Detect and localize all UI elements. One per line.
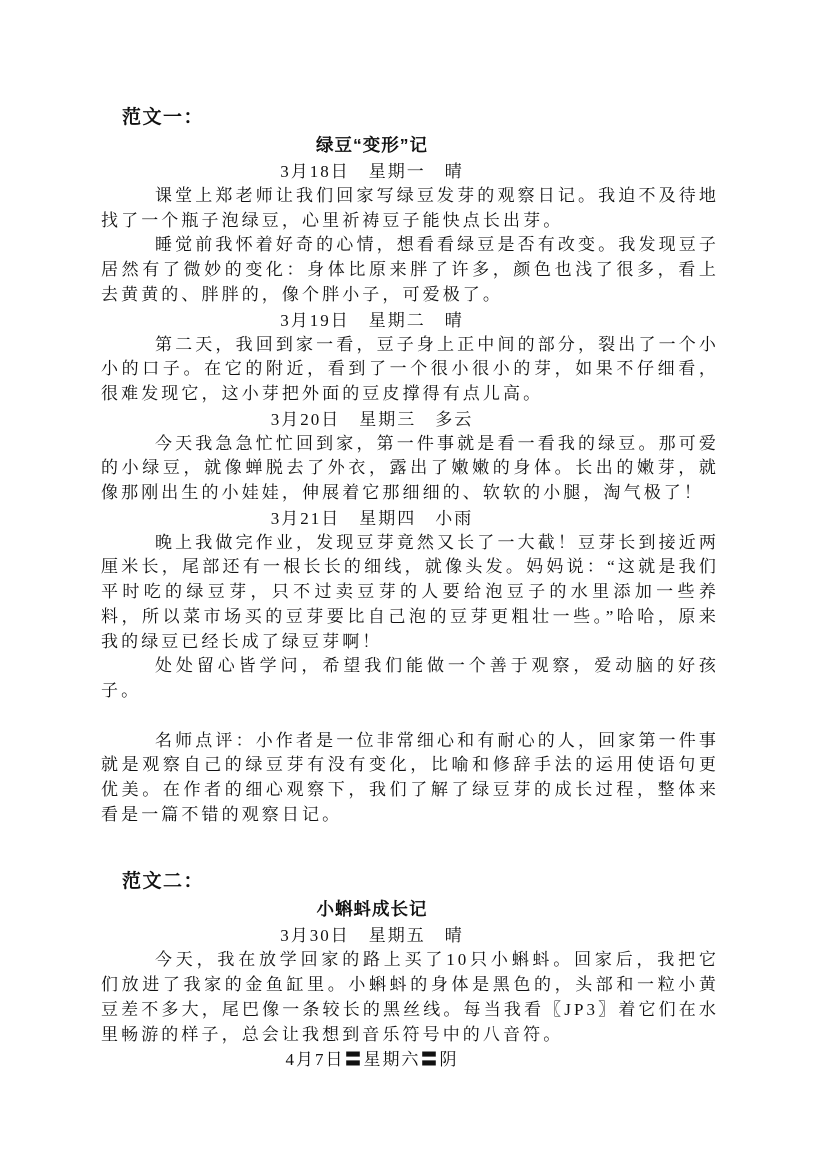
diary-date-line: 4月7日〓星期六〓阴 <box>101 1047 719 1072</box>
document-content: 范文一：绿豆“变形”记3月18日 星期一 晴课堂上郑老师让我们回家写绿豆发芽的观… <box>101 104 719 1072</box>
body-paragraph: 名师点评：小作者是一位非常细心和有耐心的人，回家第一件事就是观察自己的绿豆芽有没… <box>101 729 719 828</box>
body-paragraph: 晚上我做完作业，发现豆芽竟然又长了一大截！豆芽长到接近两厘米长，尾部还有一根长长… <box>101 531 719 655</box>
body-paragraph: 课堂上郑老师让我们回家写绿豆发芽的观察日记。我迫不及待地找了一个瓶子泡绿豆，心里… <box>101 184 719 233</box>
diary-date-line: 3月30日 星期五 晴 <box>101 923 719 948</box>
body-paragraph: 第二天，我回到家一看，豆子身上正中间的部分，裂出了一个小小的口子。在它的附近，看… <box>101 333 719 407</box>
body-paragraph: 处处留心皆学问，希望我们能做一个善于观察，爱动脑的好孩子。 <box>101 654 719 703</box>
body-paragraph: 今天，我在放学回家的路上买了10只小蝌蚪。回家后，我把它们放进了我家的金鱼缸里。… <box>101 948 719 1047</box>
diary-date-line: 3月19日 星期二 晴 <box>101 308 719 333</box>
essay-label: 范文一： <box>101 104 719 132</box>
essay-title: 绿豆“变形”记 <box>101 132 719 159</box>
diary-date-line: 3月21日 星期四 小雨 <box>101 506 719 531</box>
body-paragraph: 睡觉前我怀着好奇的心情，想看看绿豆是否有改变。我发现豆子居然有了微妙的变化：身体… <box>101 233 719 307</box>
essay-title: 小蝌蚪成长记 <box>101 896 719 923</box>
diary-date-line: 3月20日 星期三 多云 <box>101 407 719 432</box>
document-page: 范文一：绿豆“变形”记3月18日 星期一 晴课堂上郑老师让我们回家写绿豆发芽的观… <box>0 0 826 1169</box>
diary-date-line: 3月18日 星期一 晴 <box>101 159 719 184</box>
essay-label: 范文二： <box>101 868 719 896</box>
body-paragraph: 今天我急急忙忙回到家，第一件事就是看一看我的绿豆。那可爱的小绿豆，就像蝉脱去了外… <box>101 432 719 506</box>
